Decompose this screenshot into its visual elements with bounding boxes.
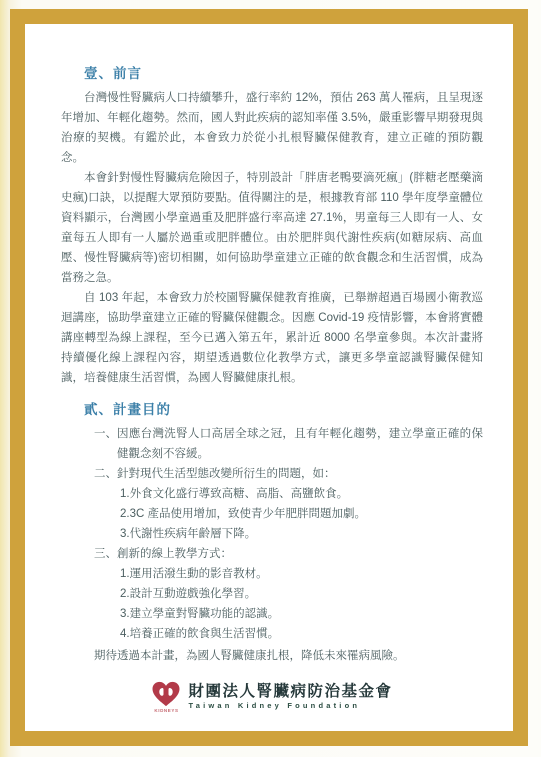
purpose-item-2-sub-2: 2.3C 產品使用增加，致使青少年肥胖問題加劇。 — [120, 504, 483, 524]
purpose-item-2-text: 針對現代生活型態改變所衍生的問題，如： — [117, 464, 483, 484]
purpose-item-2: 二、 針對現代生活型態改變所衍生的問題，如： — [94, 464, 483, 484]
purpose-item-3: 三、 創新的線上教學方式： — [94, 544, 483, 564]
intro-paragraph-1: 台灣慢性腎臟病人口持續攀升，盛行率約 12%，預估 263 萬人罹病，且呈現逐年… — [61, 88, 483, 168]
purpose-item-1: 一、 因應台灣洗腎人口高居全球之冠，且有年輕化趨勢，建立學童正確的保健觀念刻不容… — [94, 424, 483, 464]
purpose-item-3-sub-4: 4.培養正確的飲食與生活習慣。 — [120, 624, 483, 644]
org-name-english: Taiwan Kidney Foundation — [188, 702, 392, 710]
document-content: 壹、前言 台灣慢性腎臟病人口持續攀升，盛行率約 12%，預估 263 萬人罹病，… — [25, 24, 513, 731]
purpose-item-3-sub-2: 2.設計互動遊戲強化學習。 — [120, 584, 483, 604]
section-heading-purpose: 貳、計畫目的 — [84, 400, 483, 420]
purpose-item-2-sub-1: 1.外食文化盛行導致高糖、高脂、高鹽飲食。 — [120, 484, 483, 504]
purpose-item-1-label: 一、 — [94, 424, 117, 464]
purpose-item-1-text: 因應台灣洗腎人口高居全球之冠，且有年輕化趨勢，建立學童正確的保健觀念刻不容緩。 — [117, 424, 483, 464]
scanned-document-page: { "document": { "section1": { "heading":… — [0, 0, 541, 757]
section-heading-introduction: 壹、前言 — [84, 64, 483, 84]
heart-kidney-icon — [151, 681, 181, 708]
gold-border-frame: 壹、前言 台灣慢性腎臟病人口持續攀升，盛行率約 12%，預估 263 萬人罹病，… — [10, 9, 528, 746]
intro-paragraph-2: 本會針對慢性腎臟病危險因子，特別設計「胖唐老鴨要滴死瘋」(胖糖老壓藥滴史瘋)口訣… — [61, 168, 483, 288]
purpose-item-3-sub-3: 3.建立學童對腎臟功能的認識。 — [120, 604, 483, 624]
foundation-logo-lockup: KIDNEYS 財團法人腎臟病防治基金會 Taiwan Kidney Found… — [61, 681, 483, 714]
closing-statement: 期待透過本計畫，為國人腎臟健康扎根，降低未來罹病風險。 — [94, 646, 483, 666]
purpose-item-2-label: 二、 — [94, 464, 117, 484]
purpose-item-3-sub-1: 1.運用活潑生動的影音教材。 — [120, 564, 483, 584]
purpose-item-2-sub-3: 3.代謝性疾病年齡層下降。 — [120, 524, 483, 544]
intro-paragraph-3: 自 103 年起，本會致力於校園腎臟保健教育推廣，已舉辦超過百場國小衛教巡迴講座… — [61, 288, 483, 388]
org-names: 財團法人腎臟病防治基金會 Taiwan Kidney Foundation — [188, 684, 392, 710]
purpose-item-3-label: 三、 — [94, 544, 117, 564]
purpose-item-3-text: 創新的線上教學方式： — [117, 544, 483, 564]
heart-logo: KIDNEYS — [151, 681, 181, 714]
heart-caption: KIDNEYS — [154, 709, 178, 714]
org-name-chinese: 財團法人腎臟病防治基金會 — [188, 684, 392, 700]
document-sheet: 壹、前言 台灣慢性腎臟病人口持續攀升，盛行率約 12%，預估 263 萬人罹病，… — [10, 9, 528, 746]
